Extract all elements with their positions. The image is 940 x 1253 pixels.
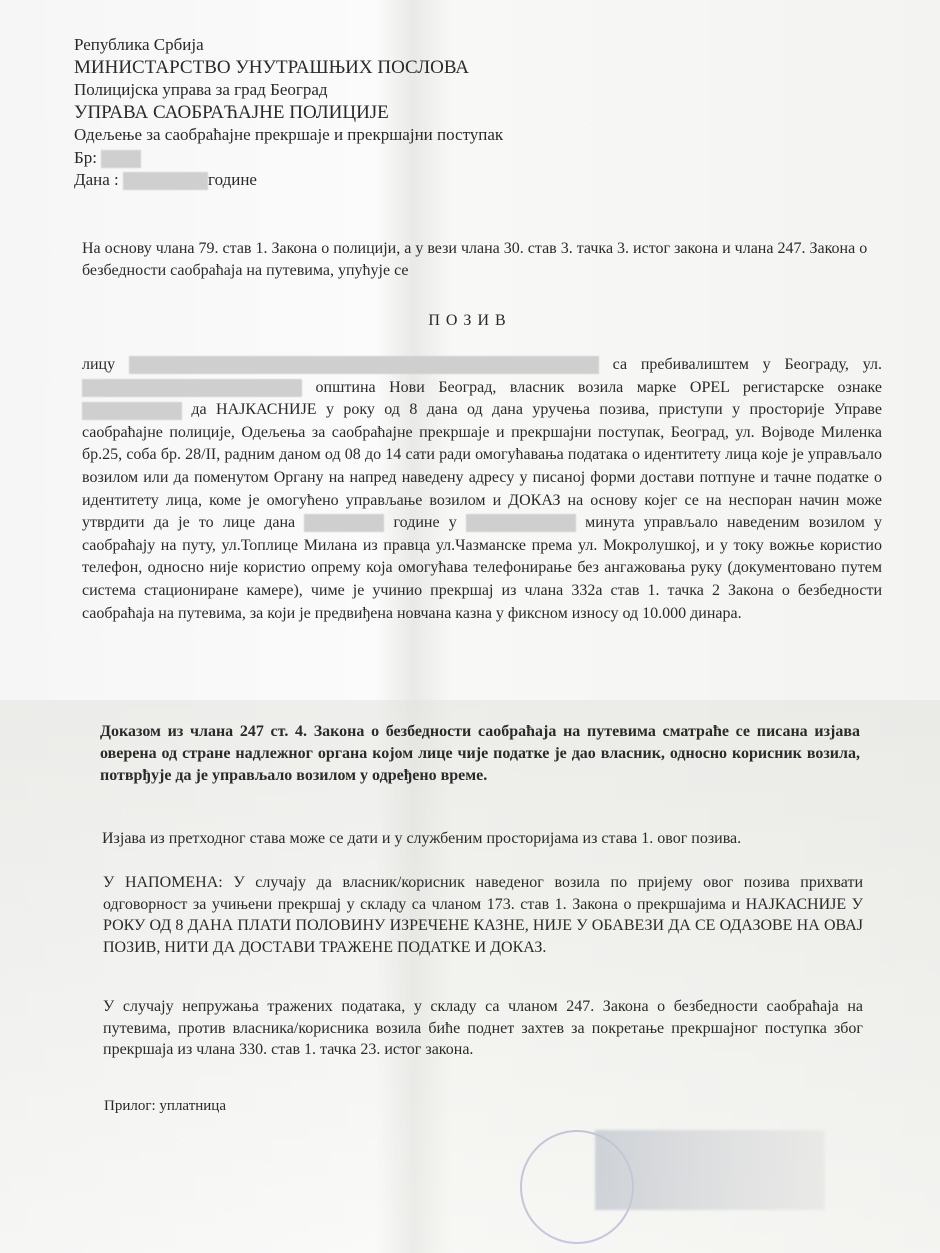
reference-number: Бр: [74,147,503,170]
redacted-date [123,172,208,190]
summons-body: лицу са пребивалиштем у Београду, ул. оп… [82,354,882,625]
redacted-signature [595,1130,825,1210]
redacted-number [101,150,141,168]
remark: У НАПОМЕНА: У случају да власник/корисни… [103,872,863,958]
ministry: МИНИСТАРСТВО УНУТРАШЊИХ ПОСЛОВА [74,57,503,80]
attachment: Прилог: уплатница [104,1098,226,1115]
evidence-note: Доказом из члана 247 ст. 4. Закона о без… [100,721,860,787]
country: Република Србија [74,34,503,57]
redacted-offense-time [466,514,576,532]
redacted-offense-date [304,514,384,532]
redacted-address [82,379,302,397]
police-department: Полицијска управа за град Београд [74,79,503,102]
statement-note: Изјава из претходног става може се дати … [102,828,862,850]
legal-basis: На основу члана 79. став 1. Закона о пол… [82,238,882,282]
issue-date: Дана : године [74,169,503,192]
redacted-plate [82,402,182,420]
consequence: У случају непружања тражених података, у… [103,996,863,1061]
letterhead: Република Србија МИНИСТАРСТВО УНУТРАШЊИХ… [74,34,503,192]
traffic-police: УПРАВА САОБРАЋАЈНЕ ПОЛИЦИЈЕ [74,102,503,125]
division: Одељење за саобраћајне прекршаје и прекр… [74,124,503,147]
redacted-name [129,356,599,374]
document-title: ПОЗИВ [0,312,940,330]
